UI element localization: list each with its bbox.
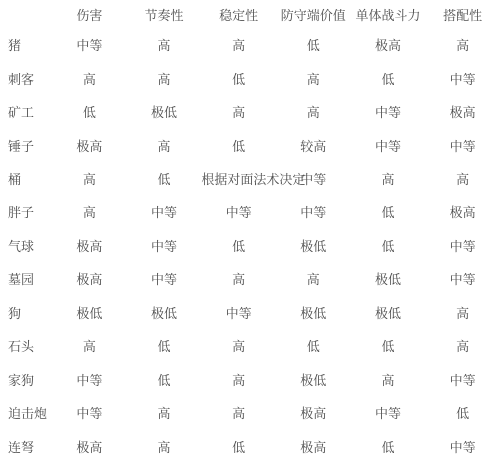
cell-value: 极低 [52, 296, 127, 329]
cell-value: 极低 [351, 262, 426, 295]
cell-value: 高 [425, 296, 500, 329]
cell-value: 极低 [127, 296, 202, 329]
cell-value: 高 [52, 329, 127, 362]
row-label: 家狗 [0, 363, 52, 396]
cell-value: 低 [351, 429, 426, 463]
row-label: 墓园 [0, 262, 52, 295]
cell-value: 高 [201, 95, 276, 128]
cell-value: 低 [127, 363, 202, 396]
table-row: 猪中等高高低极高高 [0, 28, 500, 61]
cell-value: 极高 [425, 195, 500, 228]
table-row: 连弩极高高低极高低中等 [0, 429, 500, 463]
column-header: 单体战斗力 [351, 0, 426, 28]
column-header: 伤害 [52, 0, 127, 28]
cell-value: 极低 [276, 363, 351, 396]
cell-value: 中等 [351, 128, 426, 161]
column-header: 节奏性 [127, 0, 202, 28]
cell-value: 高 [276, 61, 351, 94]
cell-value: 高 [425, 162, 500, 195]
row-label: 迫击炮 [0, 396, 52, 429]
cell-value: 低 [52, 95, 127, 128]
cell-value: 高 [201, 28, 276, 61]
cell-value: 中等 [127, 195, 202, 228]
cell-value: 极高 [52, 429, 127, 463]
cell-value: 中等 [425, 262, 500, 295]
cell-value: 极高 [276, 429, 351, 463]
cell-value: 低 [276, 28, 351, 61]
row-label: 猪 [0, 28, 52, 61]
table-row: 石头高低高低低高 [0, 329, 500, 362]
cell-value: 高 [276, 95, 351, 128]
cell-value: 高 [201, 329, 276, 362]
cell-value: 较高 [276, 128, 351, 161]
cell-value: 极低 [276, 229, 351, 262]
cell-value: 低 [127, 329, 202, 362]
table-row: 狗极低极低中等极低极低高 [0, 296, 500, 329]
cell-value: 中等 [52, 396, 127, 429]
cell-value: 中等 [425, 363, 500, 396]
cell-value: 低 [351, 329, 426, 362]
cell-value: 低 [276, 329, 351, 362]
cell-value: 高 [52, 162, 127, 195]
cell-value: 中等 [127, 229, 202, 262]
table-row: 刺客高高低高低中等 [0, 61, 500, 94]
table-row: 气球极高中等低极低低中等 [0, 229, 500, 262]
cell-value: 低 [201, 229, 276, 262]
cell-value: 极高 [52, 262, 127, 295]
row-label: 狗 [0, 296, 52, 329]
cell-value: 低 [351, 195, 426, 228]
cell-value: 中等 [201, 195, 276, 228]
cell-value: 高 [351, 363, 426, 396]
cell-value: 中等 [127, 262, 202, 295]
cell-value: 低 [425, 396, 500, 429]
cell-value: 高 [201, 396, 276, 429]
corner-cell [0, 0, 52, 28]
cell-value: 高 [127, 396, 202, 429]
table-row: 锤子极高高低较高中等中等 [0, 128, 500, 161]
cell-value: 极低 [351, 296, 426, 329]
cell-value: 高 [425, 329, 500, 362]
column-header: 搭配性 [425, 0, 500, 28]
cell-value: 高 [127, 128, 202, 161]
cell-value: 高 [127, 61, 202, 94]
cell-value: 极高 [276, 396, 351, 429]
cell-value: 中等 [425, 429, 500, 463]
cell-value: 高 [201, 262, 276, 295]
row-label: 锤子 [0, 128, 52, 161]
cell-value: 高 [52, 195, 127, 228]
cell-value: 极高 [425, 95, 500, 128]
cell-value: 中等 [351, 396, 426, 429]
row-label: 连弩 [0, 429, 52, 463]
cell-value: 极高 [351, 28, 426, 61]
column-header: 防守端价值 [276, 0, 351, 28]
table-row: 桶高低根据对面法术决定中等高高 [0, 162, 500, 195]
cell-value: 中等 [52, 28, 127, 61]
row-label: 气球 [0, 229, 52, 262]
cell-value: 高 [201, 363, 276, 396]
column-header: 稳定性 [201, 0, 276, 28]
cell-value: 极高 [52, 128, 127, 161]
row-label: 矿工 [0, 95, 52, 128]
cell-value: 中等 [425, 128, 500, 161]
cell-value: 根据对面法术决定 [201, 162, 276, 195]
cell-value: 高 [127, 429, 202, 463]
cell-value: 高 [276, 262, 351, 295]
cell-value: 低 [201, 128, 276, 161]
table-header: 伤害节奏性稳定性防守端价值单体战斗力搭配性 [0, 0, 500, 28]
cell-value: 中等 [52, 363, 127, 396]
cell-value: 中等 [425, 61, 500, 94]
cell-value: 低 [351, 229, 426, 262]
table-body: 猪中等高高低极高高刺客高高低高低中等矿工低极低高高中等极高锤子极高高低较高中等中… [0, 28, 500, 463]
cell-value: 中等 [201, 296, 276, 329]
cell-value: 高 [127, 28, 202, 61]
row-label: 石头 [0, 329, 52, 362]
table-row: 墓园极高中等高高极低中等 [0, 262, 500, 295]
table-row: 迫击炮中等高高极高中等低 [0, 396, 500, 429]
cell-value: 低 [201, 429, 276, 463]
cell-value: 极高 [52, 229, 127, 262]
table-row: 矿工低极低高高中等极高 [0, 95, 500, 128]
cell-value: 中等 [351, 95, 426, 128]
cell-value: 高 [425, 28, 500, 61]
cell-value: 低 [201, 61, 276, 94]
table-row: 家狗中等低高极低高中等 [0, 363, 500, 396]
cell-value: 极低 [127, 95, 202, 128]
cell-value: 高 [52, 61, 127, 94]
row-label: 刺客 [0, 61, 52, 94]
row-label: 桶 [0, 162, 52, 195]
stats-table: 伤害节奏性稳定性防守端价值单体战斗力搭配性 猪中等高高低极高高刺客高高低高低中等… [0, 0, 500, 463]
cell-value: 中等 [276, 195, 351, 228]
cell-value: 低 [127, 162, 202, 195]
row-label: 胖子 [0, 195, 52, 228]
cell-value: 低 [351, 61, 426, 94]
table-row: 胖子高中等中等中等低极高 [0, 195, 500, 228]
header-row: 伤害节奏性稳定性防守端价值单体战斗力搭配性 [0, 0, 500, 28]
cell-value: 中等 [425, 229, 500, 262]
cell-value: 极低 [276, 296, 351, 329]
cell-value: 高 [351, 162, 426, 195]
